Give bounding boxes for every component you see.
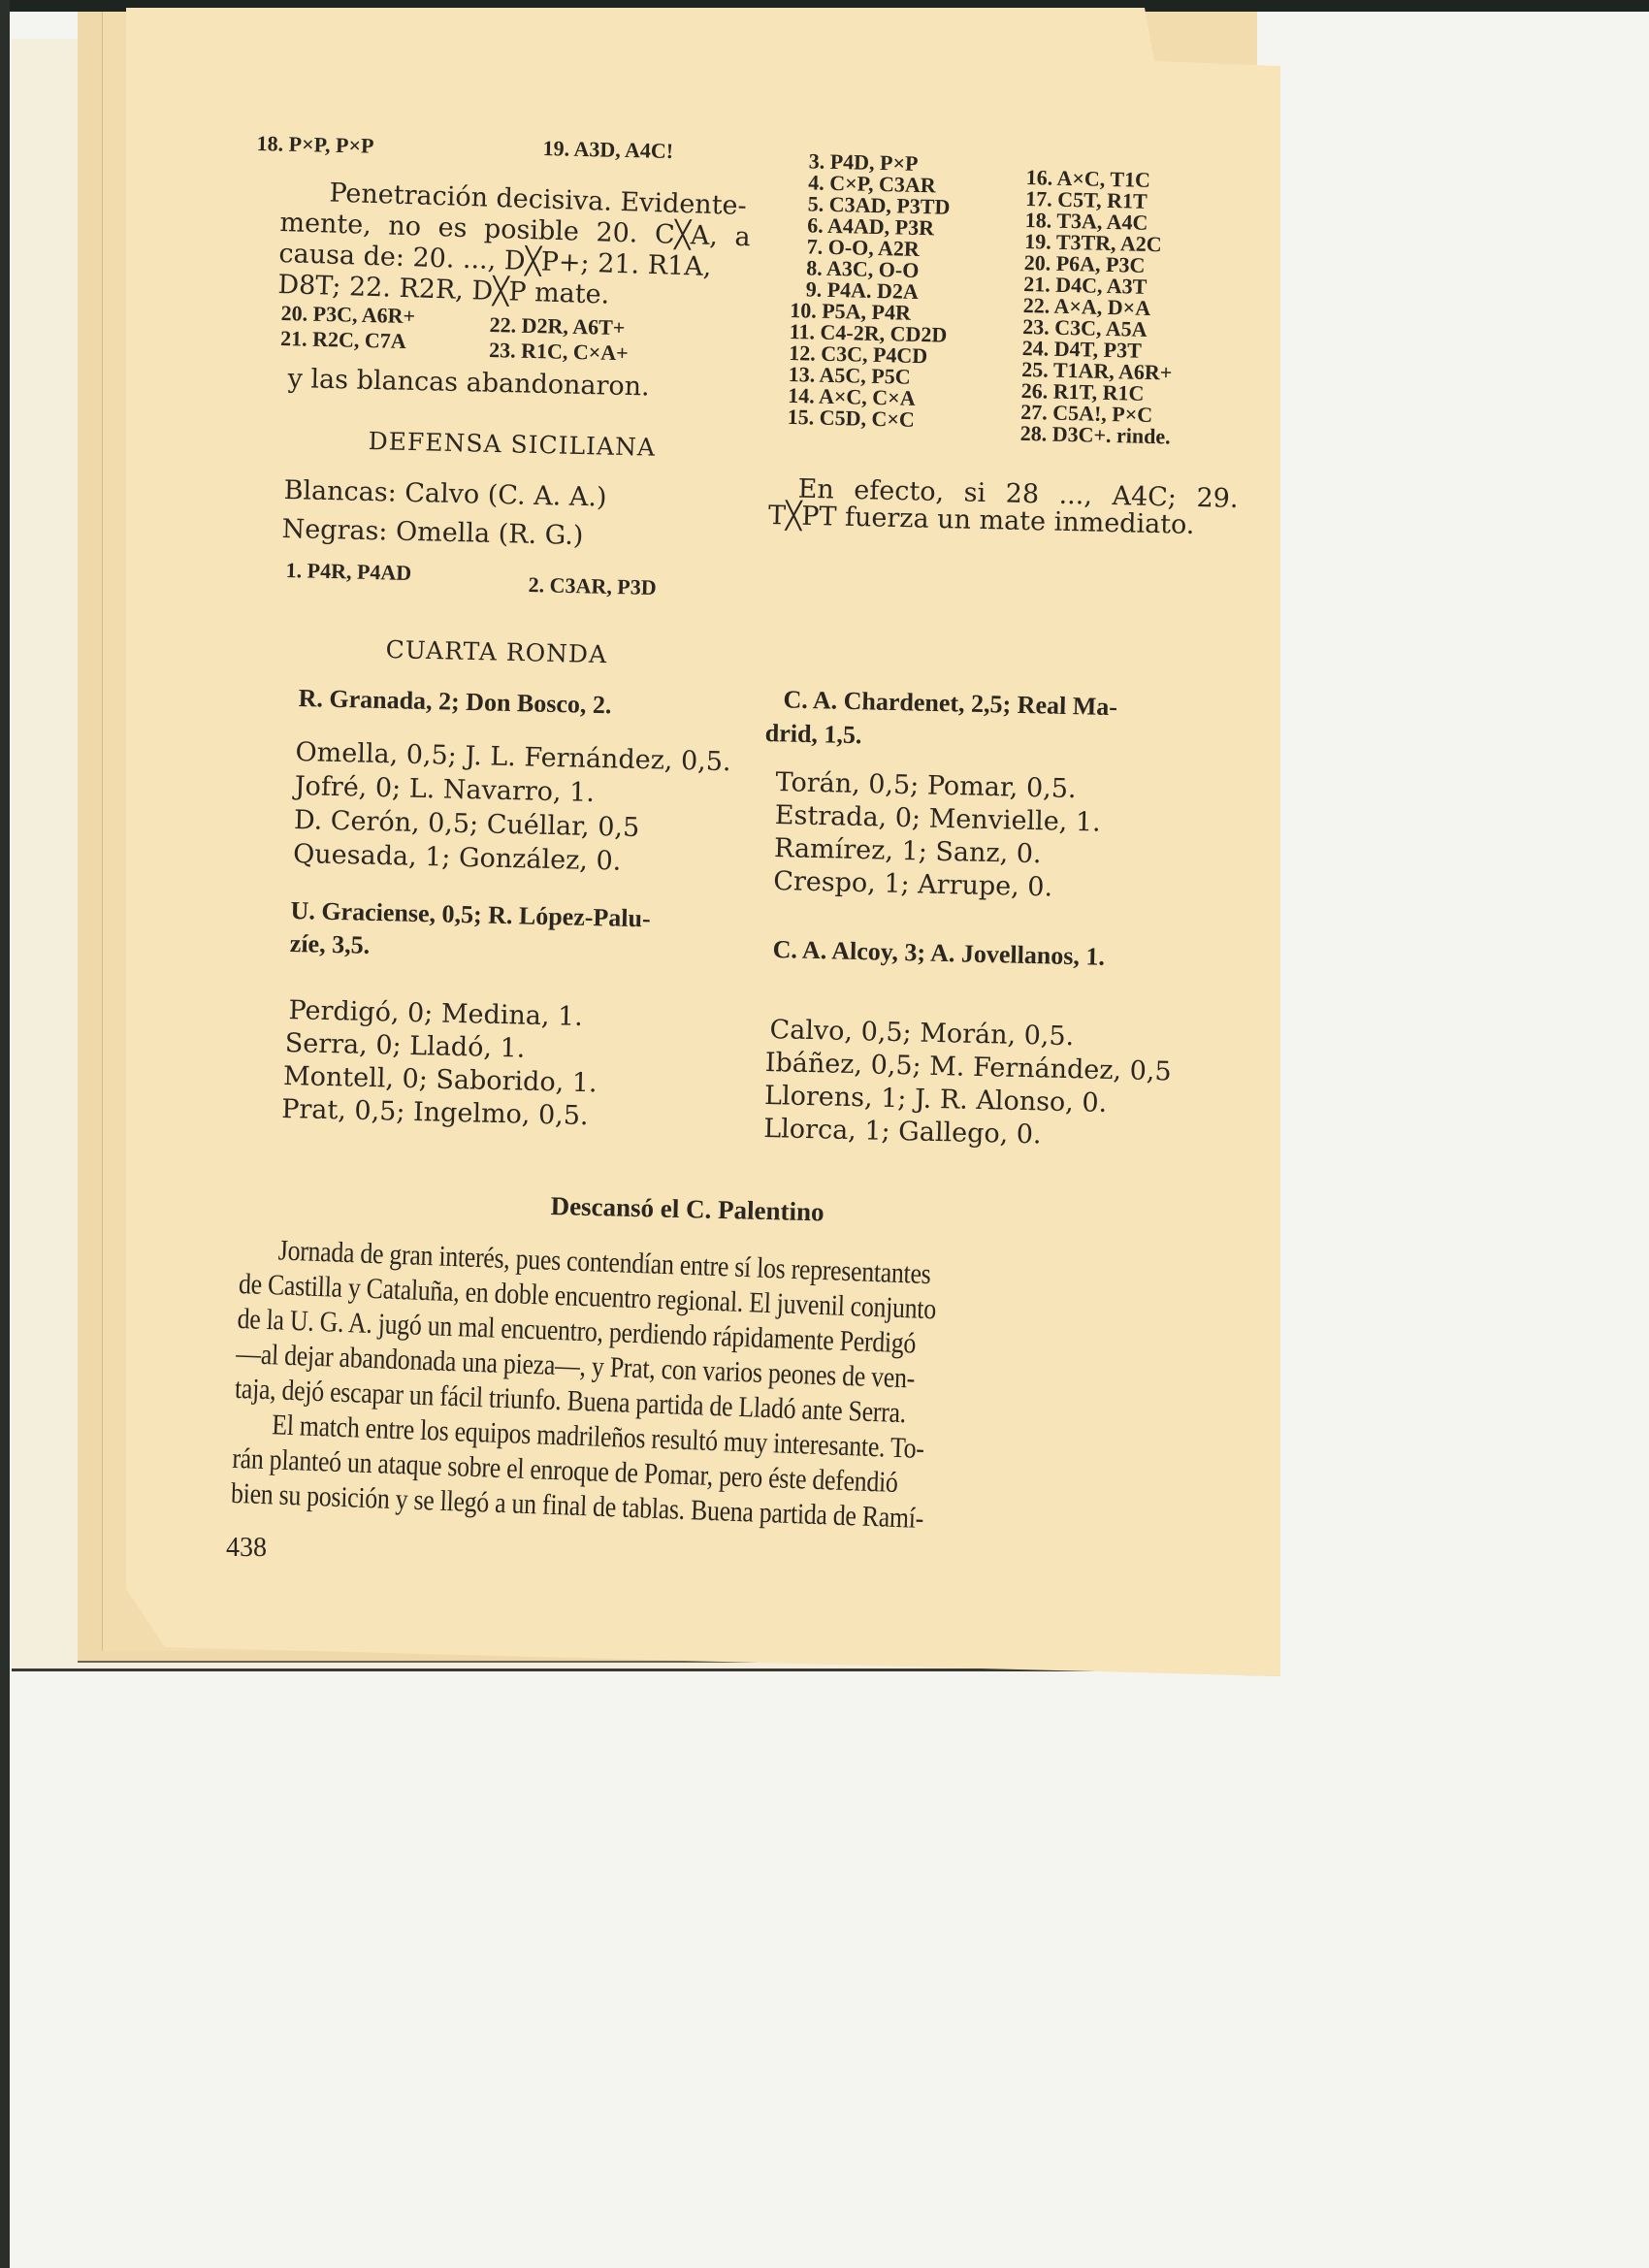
- move-line: 1. P4R, P4AD: [285, 558, 411, 586]
- move-line: 21. R2C, C7A: [280, 326, 415, 354]
- match-results: Perdigó, 0; Medina, 1. Serra, 0; Lladó, …: [281, 994, 599, 1133]
- page-number: 438: [226, 1533, 267, 1564]
- move-line: 28. D3C+. rinde.: [1020, 423, 1172, 448]
- black-player: Negras: Omella (R. G.): [281, 514, 583, 552]
- annotation-text: Penetración decisiva. Evidente- mente, n…: [277, 177, 752, 315]
- match-results: Omella, 0,5; J. L. Fernández, 0,5. Jofré…: [293, 735, 731, 881]
- match-title: R. Granada, 2; Don Bosco, 2.: [298, 684, 611, 720]
- white-player: Blancas: Calvo (C. A. A.): [283, 475, 607, 513]
- match-results: Calvo, 0,5; Morán, 0,5. Ibáñez, 0,5; M. …: [763, 1014, 1173, 1154]
- move-list-col2: 16. A×C, T1C 17. C5T, R1T 18. T3A, A4C 1…: [1020, 167, 1178, 447]
- move-line: 22. D2R, A6T+: [489, 312, 629, 340]
- conclusion-text: y las blancas abandonaron.: [287, 364, 650, 403]
- body-paragraph: Jornada de gran interés, pues contendían…: [230, 1232, 937, 1537]
- annotation-text: En efecto, si 28 ..., A4C; 29. T╳PT fuer…: [768, 475, 1239, 540]
- move-line: 23. R1C, C×A+: [489, 338, 629, 366]
- move-list-col1: 3. P4D, P×P 4. C×P, C3AR 5. C3AD, P3TD 6…: [788, 150, 952, 432]
- round-title: CUARTA RONDA: [385, 635, 607, 668]
- opening-title: DEFENSA SICILIANA: [368, 427, 656, 462]
- move-line: 20. P3C, A6R+: [280, 301, 415, 329]
- move-line: 19. A3D, A4C!: [542, 136, 673, 164]
- move-line: 18. P×P, P×P: [256, 131, 373, 158]
- move-list: 22. D2R, A6T+ 23. R1C, C×A+: [489, 312, 630, 366]
- section-subheading: Descansó el C. Palentino: [550, 1191, 824, 1227]
- move-list: 20. P3C, A6R+ 21. R2C, C7A: [280, 301, 416, 354]
- match-title: C. A. Chardenet, 2,5; Real Ma- drid, 1,5…: [764, 682, 1117, 758]
- page-content: 18. P×P, P×P 19. A3D, A4C! Penetración d…: [0, 0, 1649, 2268]
- match-results: Torán, 0,5; Pomar, 0,5. Estrada, 0; Menv…: [773, 766, 1102, 906]
- move-line: 15. C5D, C×C: [788, 406, 946, 432]
- match-title: C. A. Alcoy, 3; A. Jovellanos, 1.: [772, 935, 1105, 972]
- match-title: U. Graciense, 0,5; R. López-Palu- zíe, 3…: [289, 894, 651, 968]
- result-line: Crespo, 1; Arrupe, 0.: [773, 865, 1100, 906]
- move-line: 2. C3AR, P3D: [528, 572, 657, 600]
- result-line: Prat, 0,5; Ingelmo, 0,5.: [281, 1093, 597, 1133]
